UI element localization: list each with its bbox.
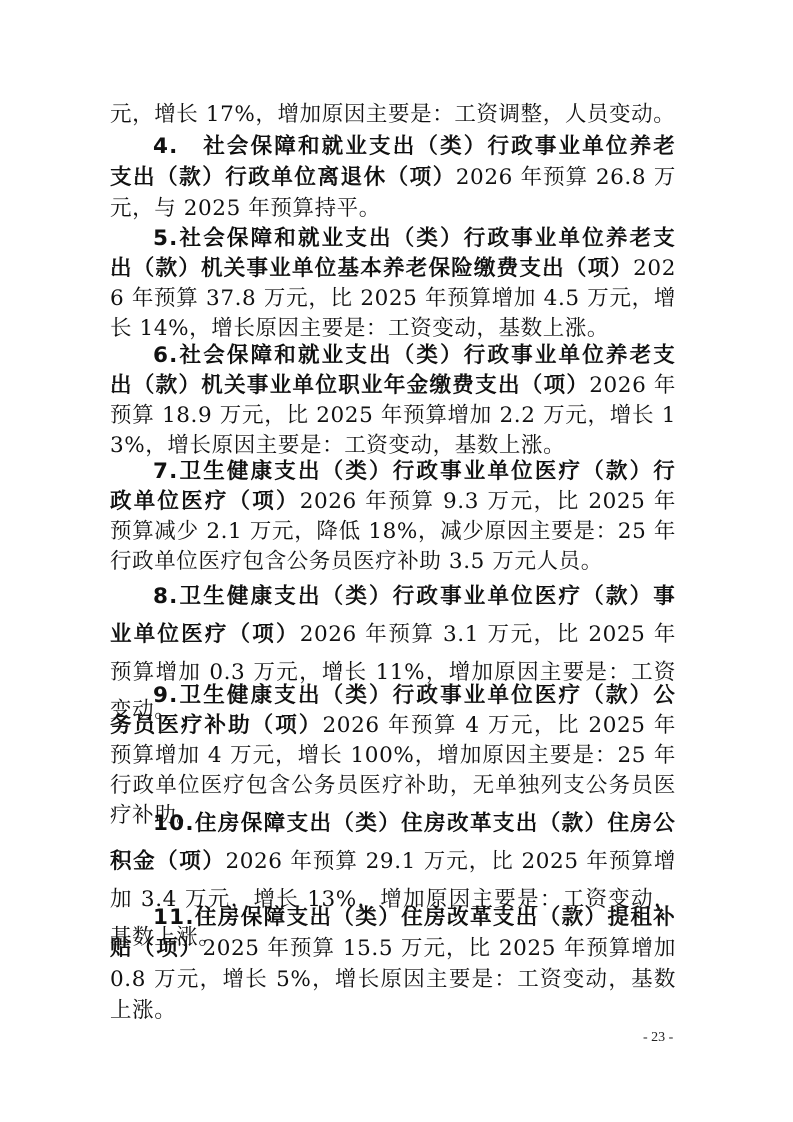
paragraph-heading-text: 5.社会保障和就业支出（类）行政事业单位养老支出（款）机关事业单位基本养老保险缴… [110, 226, 676, 281]
document-page: 元，增长 17%，增加原因主要是：工资调整，人员变动。4. 社会保障和就业支出（… [0, 0, 793, 1122]
paragraph-item-4: 4. 社会保障和就业支出（类）行政事业单位养老支出（款）行政单位离退休（项）20… [110, 131, 676, 224]
paragraph-body-text: 元，增长 17%，增加原因主要是：工资调整，人员变动。 [110, 102, 675, 127]
page-number: - 23 - [643, 1030, 673, 1046]
paragraph-item-11: 11.住房保障支出（类）住房改革支出（款）提租补贴（项）2025 年预算 15.… [110, 902, 676, 1026]
paragraph-item-6: 6.社会保障和就业支出（类）行政事业单位养老支出（款）机关事业单位职业年金缴费支… [110, 341, 676, 461]
paragraph-item-5: 5.社会保障和就业支出（类）行政事业单位养老支出（款）机关事业单位基本养老保险缴… [110, 224, 676, 344]
paragraph-item-7: 7.卫生健康支出（类）行政事业单位医疗（款）行政单位医疗（项）2026 年预算 … [110, 457, 676, 577]
paragraph-p-continuation: 元，增长 17%，增加原因主要是：工资调整，人员变动。 [110, 98, 676, 131]
